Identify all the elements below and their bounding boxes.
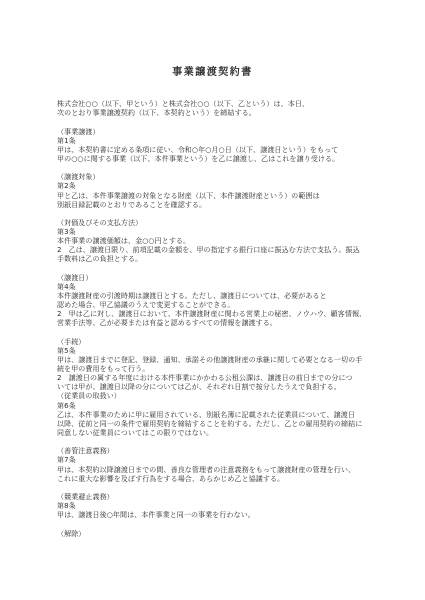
section-heading: （対価及びその支払方法） [57, 219, 368, 228]
text-line: 以降、従前と同一の条件で雇用契約を締結することを約する。ただし、乙との雇用契約の… [57, 420, 368, 429]
text-line: 甲の○○に関する事業（以下、本件事業という）を乙に譲渡し、乙はこれを譲り受ける。 [57, 155, 368, 164]
article-number: 第6条 [57, 402, 368, 411]
text-line: これに重大な影響を及ぼす行為をする場合、あらかじめ乙と協議する。 [57, 475, 368, 484]
text-line: 営業手法等、乙が必要または有益と認めるすべての情報を譲渡する。 [57, 319, 368, 328]
text-line: 本件譲渡財産の引渡時期は譲渡日とする。ただし、譲渡日については、必要があると [57, 292, 368, 301]
text-line: 認めた場合、甲乙協議のうえで変更することができる。 [57, 301, 368, 310]
paragraph-block-article-7: （善管注意義務）第7条甲は、本契約以降譲渡日までの間、善良な管理者の注意義務をも… [57, 447, 368, 483]
article-number: 第2条 [57, 182, 368, 191]
contract-document-page: 事業譲渡契約書 株式会社○○（以下、甲という）と株式会社○○（以下、乙という）は… [0, 0, 425, 600]
document-title: 事業譲渡契約書 [57, 68, 368, 78]
article-number: 第4条 [57, 283, 368, 292]
article-number: 第5条 [57, 347, 368, 356]
paragraph-block-article-8: （競業避止義務）第8条甲は、譲渡日後○年間は、本件事業と同一の事業を行わない。 [57, 493, 368, 520]
text-line: 次のとおり事業譲渡契約（以下、本契約という）を締結する。 [57, 109, 368, 118]
paragraph-block-article-1: （事業譲渡）第1条甲は、本契約書に定める条項に従い、令和○年○月○日（以下、譲渡… [57, 128, 368, 164]
section-heading: （譲渡対象） [57, 173, 368, 182]
text-line: 甲と乙は、本件事業譲渡の対象となる財産（以下、本件譲渡財産という）の範囲は [57, 192, 368, 201]
section-heading: （事業譲渡） [57, 128, 368, 137]
section-heading: （手続） [57, 338, 368, 347]
section-heading: （譲渡日） [57, 274, 368, 283]
paragraph-block-article-4: （譲渡日）第4条本件譲渡財産の引渡時期は譲渡日とする。ただし、譲渡日については、… [57, 274, 368, 329]
article-number: 第1条 [57, 137, 368, 146]
paragraph-block-article-9-heading: （解除） [57, 530, 368, 539]
text-line: 甲は、譲渡日後○年間は、本件事業と同一の事業を行わない。 [57, 511, 368, 520]
article-number: 第8条 [57, 502, 368, 511]
text-line: 甲は、本契約以降譲渡日までの間、善良な管理者の注意義務をもって譲渡財産の管理を行… [57, 466, 368, 475]
text-line: 株式会社○○（以下、甲という）と株式会社○○（以下、乙という）は、本日、 [57, 100, 368, 109]
text-line: 乙は、本件事業のために甲に雇用されている、別紙名簿に記載された従業員について、譲… [57, 411, 368, 420]
paragraph-block-article-5-6: （手続）第5条甲は、譲渡日までに登記、登録、通知、承諾その他譲渡財産の承継に関し… [57, 338, 368, 438]
section-heading: （従業員の取扱い） [57, 392, 368, 401]
text-line: 別紙目録記載のとおりであることを確認する。 [57, 201, 368, 210]
document-body: 株式会社○○（以下、甲という）と株式会社○○（以下、乙という）は、本日、次のとお… [57, 100, 368, 539]
paragraph-block-article-3: （対価及びその支払方法）第3条本件事業の譲渡価額は、金○○円とする。2 乙は、譲… [57, 219, 368, 264]
section-heading: （競業避止義務） [57, 493, 368, 502]
text-line: 甲は、本契約書に定める条項に従い、令和○年○月○日（以下、譲渡日という）をもって [57, 146, 368, 155]
text-line: 手数料は乙の負担とする。 [57, 255, 368, 264]
text-line: 甲は、譲渡日までに登記、登録、通知、承諾その他譲渡財産の承継に関して必要となる一… [57, 356, 368, 365]
text-line: 続を甲の費用をもって行う。 [57, 365, 368, 374]
paragraph-block-preamble: 株式会社○○（以下、甲という）と株式会社○○（以下、乙という）は、本日、次のとお… [57, 100, 368, 118]
article-number: 第7条 [57, 456, 368, 465]
text-line: 同意しない従業員についてはこの限りではない。 [57, 429, 368, 438]
paragraph-block-article-2: （譲渡対象）第2条甲と乙は、本件事業譲渡の対象となる財産（以下、本件譲渡財産とい… [57, 173, 368, 209]
section-heading: （解除） [57, 530, 368, 539]
article-number: 第3条 [57, 228, 368, 237]
section-heading: （善管注意義務） [57, 447, 368, 456]
